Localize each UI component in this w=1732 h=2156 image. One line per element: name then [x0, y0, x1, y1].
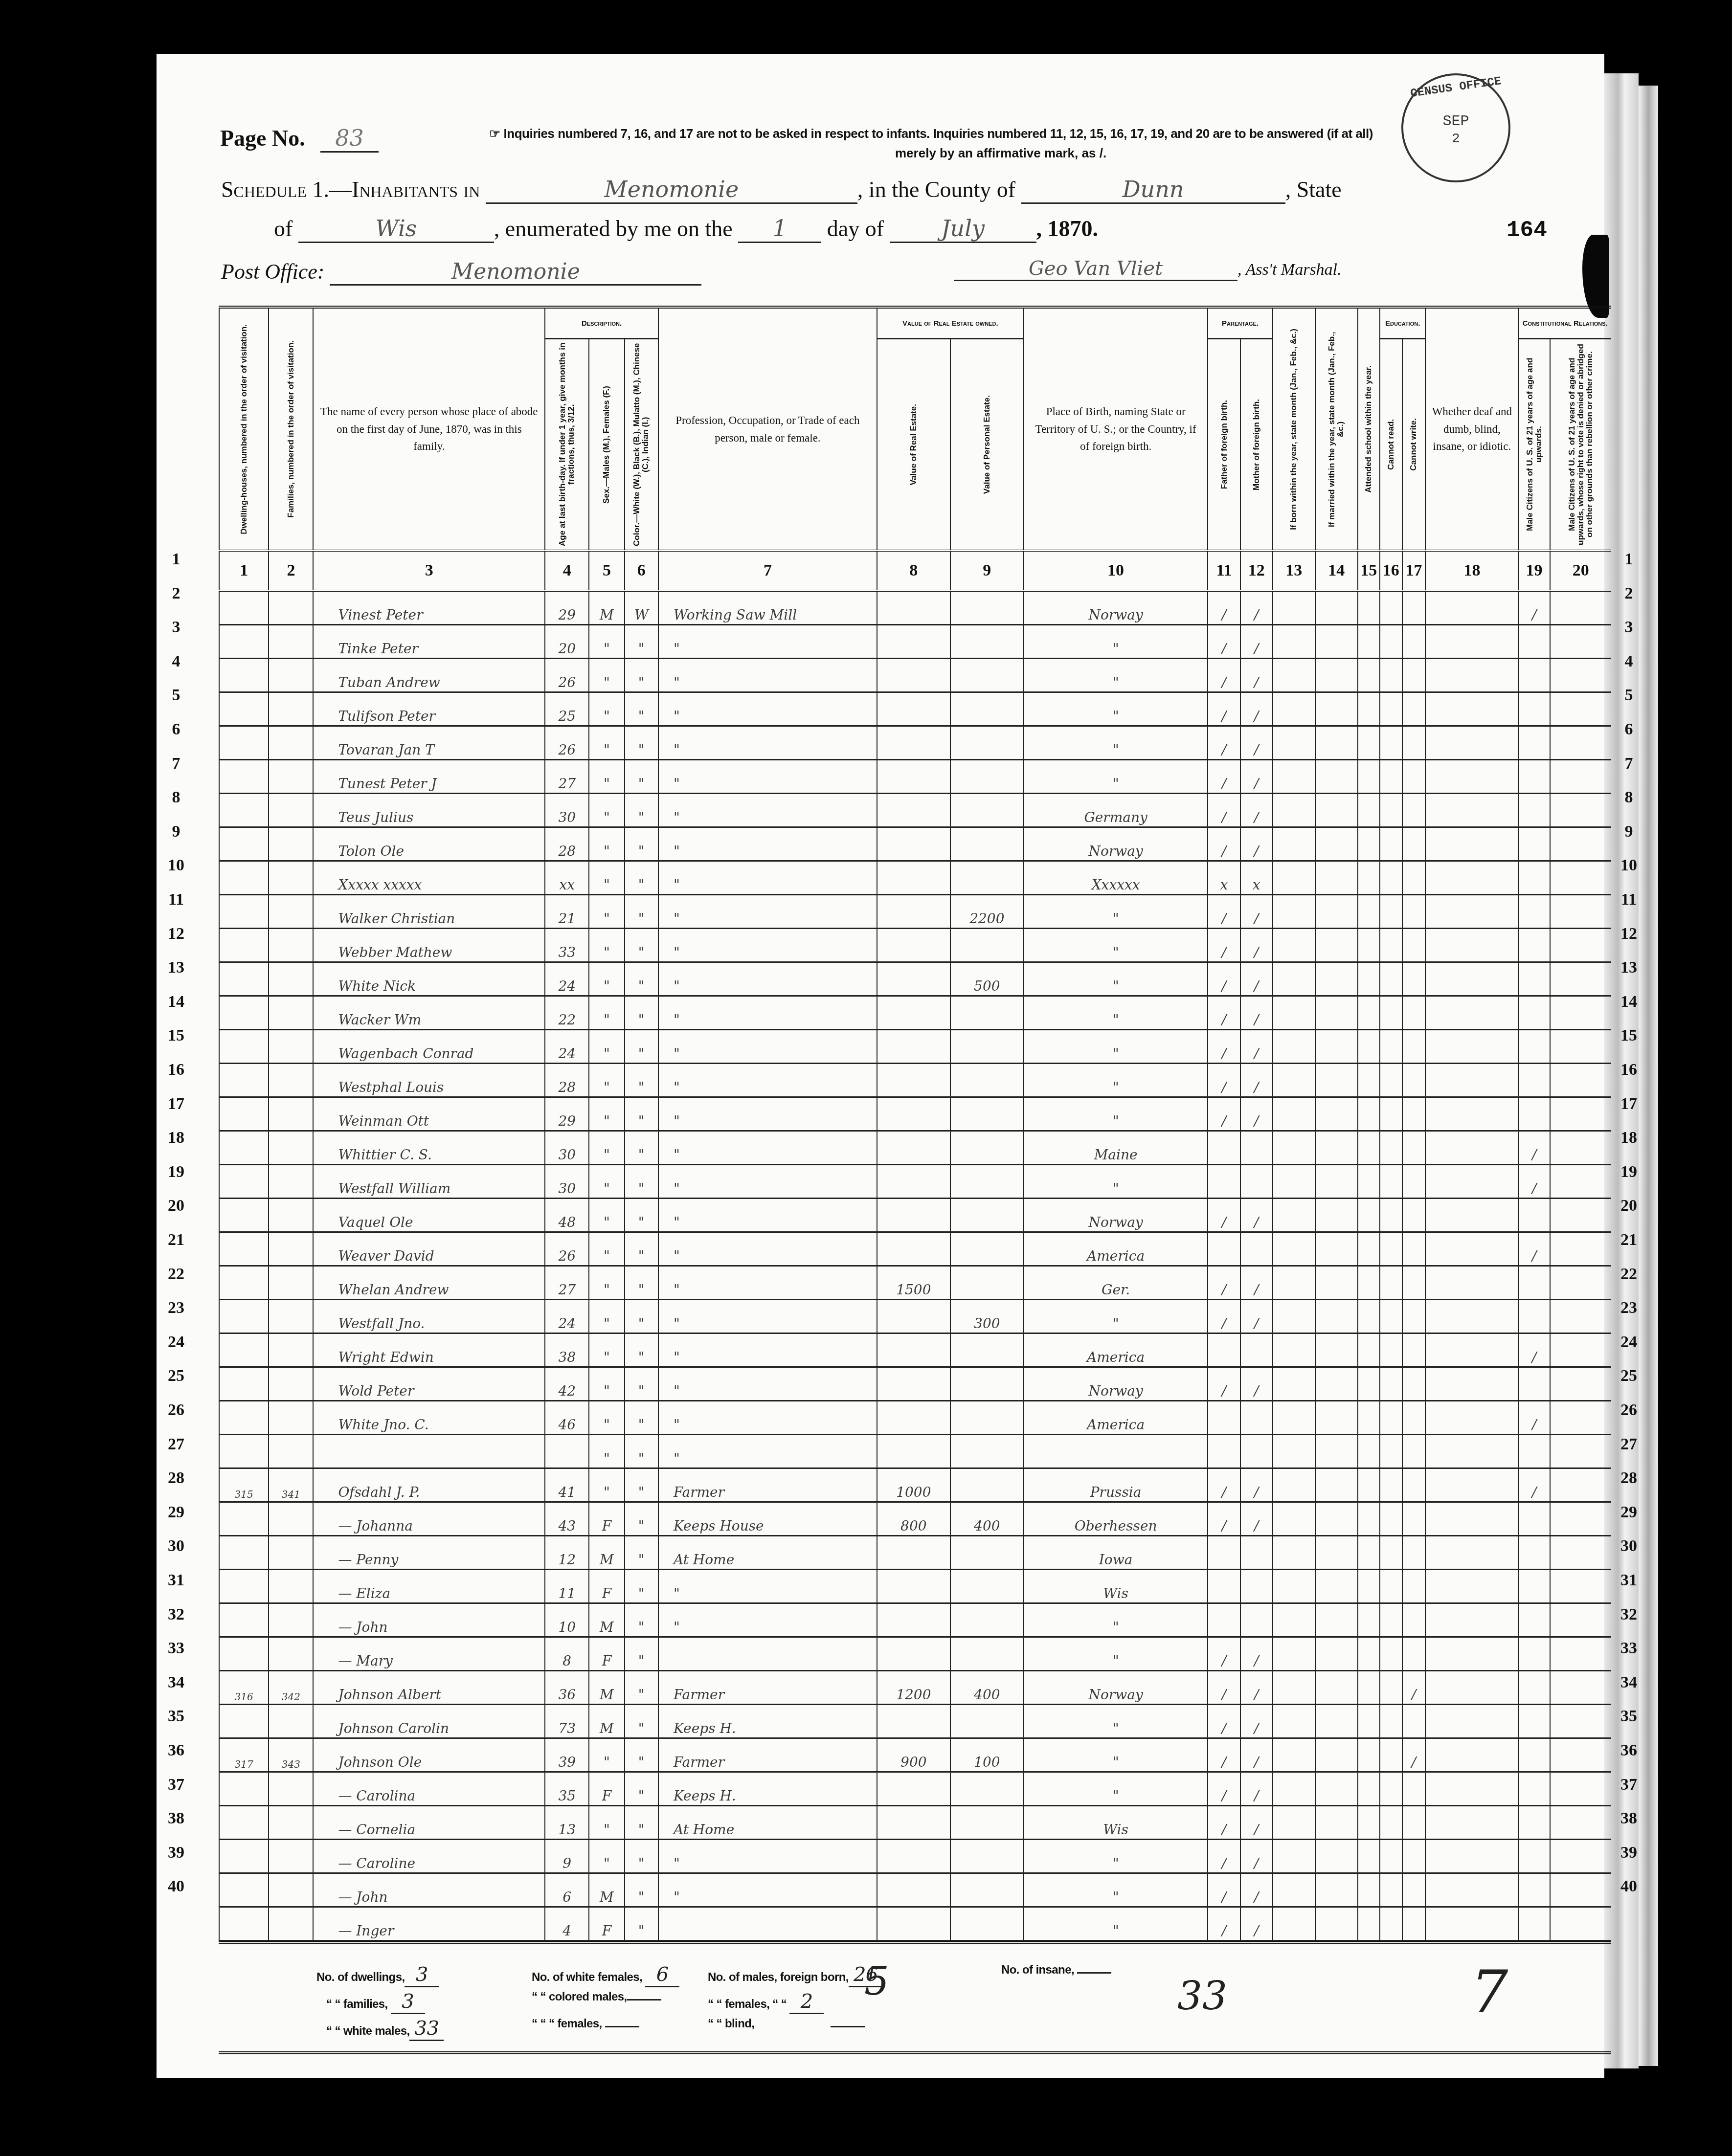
vote-denied-cell — [1550, 1603, 1611, 1637]
table-row: Wagenbach Conrad24""""// — [219, 1030, 1611, 1064]
person-name-cell: Wagenbach Conrad — [313, 1030, 545, 1064]
deaf-blind-cell — [1425, 895, 1518, 929]
vote-denied-cell — [1550, 1907, 1611, 1941]
personal-estate-value-cell — [950, 1772, 1024, 1806]
cannot-write-cell — [1402, 1705, 1426, 1738]
column-number: 19 — [1519, 551, 1550, 591]
birthplace-cell: Wis — [1024, 1570, 1208, 1603]
real-estate-value-cell: 1200 — [877, 1671, 950, 1705]
cannot-read-cell — [1380, 794, 1402, 827]
age-cell: 21 — [545, 895, 589, 929]
real-estate-value-cell — [877, 1907, 950, 1941]
vote-denied-cell — [1550, 1468, 1611, 1502]
deaf-blind-cell — [1425, 1772, 1518, 1806]
line-number-left: 10 — [161, 856, 191, 875]
occupation-cell: " — [658, 1300, 877, 1334]
color-cell: " — [625, 1502, 658, 1536]
mother-foreign-cell: / — [1240, 625, 1273, 659]
personal-estate-value-cell — [950, 1401, 1024, 1435]
mother-foreign-cell: / — [1240, 1097, 1273, 1131]
vote-denied-cell — [1550, 1232, 1611, 1266]
line-number-left: 23 — [161, 1299, 191, 1317]
col-header-birthplace: Place of Birth, naming State or Territor… — [1024, 309, 1208, 551]
citizen-mark-cell — [1519, 895, 1550, 929]
column-number: 3 — [313, 551, 545, 591]
father-foreign-cell: / — [1208, 1840, 1240, 1873]
dwelling-number-cell — [219, 1064, 269, 1097]
sex-cell: M — [589, 1705, 624, 1738]
table-row: Wold Peter42"""Norway// — [219, 1367, 1611, 1401]
personal-estate-value-cell — [950, 929, 1024, 962]
vote-denied-cell — [1550, 929, 1611, 962]
real-estate-value-cell — [877, 692, 950, 726]
col-header-sex: Sex.—Males (M.), Females (F.) — [589, 339, 624, 551]
line-number-right: 15 — [1614, 1026, 1643, 1045]
real-estate-value-cell — [877, 1232, 950, 1266]
column-number: 7 — [658, 551, 877, 591]
person-name-cell: Tovaran Jan T — [313, 726, 545, 760]
cannot-write-cell: / — [1402, 1738, 1426, 1772]
personal-estate-value-cell — [950, 1435, 1024, 1468]
mother-foreign-cell: / — [1240, 1502, 1273, 1536]
born-within-year-cell — [1273, 1705, 1315, 1738]
occupation-cell: " — [658, 1064, 877, 1097]
deaf-blind-cell — [1425, 962, 1518, 996]
person-name-cell: Johnson Albert — [313, 1671, 545, 1705]
age-cell: 26 — [545, 726, 589, 760]
deaf-blind-cell — [1425, 1232, 1518, 1266]
occupation-cell: " — [658, 827, 877, 861]
family-number-cell — [269, 1097, 313, 1131]
married-within-year-cell — [1315, 996, 1358, 1030]
deaf-blind-cell — [1425, 1705, 1518, 1738]
occupation-cell: " — [658, 861, 877, 895]
vote-denied-cell — [1550, 1097, 1611, 1131]
line-number-right: 21 — [1614, 1231, 1643, 1249]
occupation-cell: " — [658, 1165, 877, 1199]
dwelling-number-cell — [219, 1536, 269, 1570]
birthplace-cell: America — [1024, 1401, 1208, 1435]
cannot-read-cell — [1380, 625, 1402, 659]
vote-denied-cell — [1550, 1367, 1611, 1401]
color-cell: " — [625, 962, 658, 996]
vote-denied-cell — [1550, 1165, 1611, 1199]
line-number-right: 37 — [1614, 1776, 1643, 1794]
vote-denied-cell — [1550, 1806, 1611, 1840]
column-number: 6 — [625, 551, 658, 591]
born-within-year-cell — [1273, 1165, 1315, 1199]
line-number-right: 1 — [1614, 550, 1643, 569]
real-estate-value-cell — [877, 625, 950, 659]
col-header-cannot-write: Cannot write. — [1402, 339, 1426, 551]
cannot-write-cell — [1402, 591, 1426, 625]
deaf-blind-cell — [1425, 1030, 1518, 1064]
summary-dwellings: No. of dwellings,3 — [316, 1963, 439, 1987]
table-row: Tuban Andrew26""""// — [219, 659, 1611, 692]
line-number-right: 2 — [1614, 584, 1643, 603]
color-cell: " — [625, 1131, 658, 1165]
sex-cell: " — [589, 794, 624, 827]
citizen-mark-cell — [1519, 1705, 1550, 1738]
personal-estate-value-cell — [950, 1165, 1024, 1199]
line-number-left: 11 — [161, 890, 191, 909]
column-number-row: 1234567891011121314151617181920 — [219, 551, 1611, 591]
real-estate-value-cell — [877, 1705, 950, 1738]
column-number: 13 — [1273, 551, 1315, 591]
line-number-right: 33 — [1614, 1639, 1643, 1658]
line-number-left: 36 — [161, 1741, 191, 1760]
citizen-mark-cell — [1519, 996, 1550, 1030]
line-number-right: 28 — [1614, 1469, 1643, 1488]
line-number-right: 11 — [1614, 890, 1643, 909]
attended-school-cell — [1358, 1064, 1380, 1097]
line-number-left: 3 — [161, 618, 191, 637]
age-cell: xx — [545, 861, 589, 895]
sex-cell: " — [589, 895, 624, 929]
deaf-blind-cell — [1425, 1468, 1518, 1502]
line-number-left: 38 — [161, 1809, 191, 1828]
age-cell: 24 — [545, 1030, 589, 1064]
vote-denied-cell — [1550, 591, 1611, 625]
cannot-write-cell — [1402, 1401, 1426, 1435]
col-header-personal-estate: Value of Personal Estate. — [950, 339, 1024, 551]
person-name-cell: Tolon Ole — [313, 827, 545, 861]
birthplace-cell: America — [1024, 1232, 1208, 1266]
table-row: 315341Ofsdahl J. P.41""Farmer1000Prussia… — [219, 1468, 1611, 1502]
father-foreign-cell: / — [1208, 760, 1240, 794]
dwelling-number-cell — [219, 625, 269, 659]
sex-cell: " — [589, 1064, 624, 1097]
married-within-year-cell — [1315, 895, 1358, 929]
born-within-year-cell — [1273, 1772, 1315, 1806]
column-number: 15 — [1358, 551, 1380, 591]
vote-denied-cell — [1550, 1435, 1611, 1468]
line-number-left: 19 — [161, 1163, 191, 1181]
color-cell: " — [625, 1738, 658, 1772]
citizen-mark-cell: / — [1519, 1165, 1550, 1199]
column-number: 14 — [1315, 551, 1358, 591]
mother-foreign-cell: / — [1240, 1064, 1273, 1097]
father-foreign-cell: / — [1208, 1199, 1240, 1232]
sex-cell: " — [589, 1738, 624, 1772]
birthplace-cell: " — [1024, 1738, 1208, 1772]
person-name-cell: — Inger — [313, 1907, 545, 1941]
personal-estate-value-cell — [950, 1367, 1024, 1401]
cannot-read-cell — [1380, 1738, 1402, 1772]
vote-denied-cell — [1550, 1637, 1611, 1671]
mother-foreign-cell: / — [1240, 1738, 1273, 1772]
family-number-cell — [269, 1840, 313, 1873]
dwelling-number-cell — [219, 1334, 269, 1367]
cannot-write-cell — [1402, 1806, 1426, 1840]
occupation-cell: " — [658, 1873, 877, 1907]
birthplace-cell: Norway — [1024, 591, 1208, 625]
personal-estate-value-cell — [950, 692, 1024, 726]
sex-cell: " — [589, 1232, 624, 1266]
mother-foreign-cell: / — [1240, 929, 1273, 962]
personal-estate-value-cell — [950, 1199, 1024, 1232]
occupation-cell: " — [658, 726, 877, 760]
person-name-cell: Teus Julius — [313, 794, 545, 827]
marshal-signature: Geo Van Vliet — [954, 257, 1237, 281]
deaf-blind-cell — [1425, 1806, 1518, 1840]
father-foreign-cell: / — [1208, 1064, 1240, 1097]
cannot-write-cell — [1402, 861, 1426, 895]
born-within-year-cell — [1273, 895, 1315, 929]
table-row: Johnson Carolin73M"Keeps H."// — [219, 1705, 1611, 1738]
color-cell: " — [625, 1536, 658, 1570]
citizen-mark-cell: / — [1519, 1468, 1550, 1502]
cannot-read-cell — [1380, 1334, 1402, 1367]
color-cell: " — [625, 996, 658, 1030]
table-row: Tolon Ole28"""Norway// — [219, 827, 1611, 861]
married-within-year-cell — [1315, 1401, 1358, 1435]
birthplace-cell: Germany — [1024, 794, 1208, 827]
married-within-year-cell — [1315, 1705, 1358, 1738]
color-cell: " — [625, 1671, 658, 1705]
vote-denied-cell — [1550, 1840, 1611, 1873]
line-number-left: 30 — [161, 1537, 191, 1556]
dwelling-number-cell — [219, 1199, 269, 1232]
dwelling-number-cell — [219, 1266, 269, 1300]
person-name-cell: Ofsdahl J. P. — [313, 1468, 545, 1502]
father-foreign-cell — [1208, 1570, 1240, 1603]
birthplace-cell: America — [1024, 1334, 1208, 1367]
tally-real-estate: 5 — [864, 1958, 889, 2004]
deaf-blind-cell — [1425, 1840, 1518, 1873]
cannot-read-cell — [1380, 1266, 1402, 1300]
table-row: — Mary8F""// — [219, 1637, 1611, 1671]
birthplace-cell: Norway — [1024, 1199, 1208, 1232]
group-header-education: Education. — [1380, 309, 1425, 339]
line-number-left: 16 — [161, 1061, 191, 1079]
person-name-cell: — Caroline — [313, 1840, 545, 1873]
birthplace-cell: Oberhessen — [1024, 1502, 1208, 1536]
father-foreign-cell — [1208, 1165, 1240, 1199]
occupation-cell: " — [658, 1401, 877, 1435]
married-within-year-cell — [1315, 692, 1358, 726]
age-cell: 6 — [545, 1873, 589, 1907]
person-name-cell: Vinest Peter — [313, 591, 545, 625]
real-estate-value-cell — [877, 1199, 950, 1232]
father-foreign-cell — [1208, 1435, 1240, 1468]
born-within-year-cell — [1273, 1603, 1315, 1637]
attended-school-cell — [1358, 1300, 1380, 1334]
personal-estate-value-cell — [950, 1907, 1024, 1941]
mother-foreign-cell — [1240, 1570, 1273, 1603]
citizen-mark-cell — [1519, 659, 1550, 692]
occupation-cell: " — [658, 1334, 877, 1367]
cannot-write-cell — [1402, 692, 1426, 726]
col-header-deaf-blind: Whether deaf and dumb, blind, insane, or… — [1425, 309, 1518, 551]
attended-school-cell — [1358, 692, 1380, 726]
real-estate-value-cell — [877, 1334, 950, 1367]
line-number-right: 25 — [1614, 1367, 1643, 1385]
dwelling-number-cell — [219, 1030, 269, 1064]
born-within-year-cell — [1273, 1401, 1315, 1435]
personal-estate-value-cell — [950, 1570, 1024, 1603]
color-cell: " — [625, 1907, 658, 1941]
real-estate-value-cell — [877, 591, 950, 625]
sex-cell: " — [589, 827, 624, 861]
mother-foreign-cell — [1240, 1603, 1273, 1637]
vote-denied-cell — [1550, 895, 1611, 929]
line-number-right: 12 — [1614, 925, 1643, 943]
deaf-blind-cell — [1425, 996, 1518, 1030]
real-estate-value-cell — [877, 1536, 950, 1570]
color-cell: " — [625, 1840, 658, 1873]
occupation-cell: " — [658, 996, 877, 1030]
personal-estate-value-cell: 2200 — [950, 895, 1024, 929]
line-number-right: 3 — [1614, 618, 1643, 637]
cannot-write-cell — [1402, 726, 1426, 760]
married-within-year-cell — [1315, 659, 1358, 692]
family-number-cell — [269, 895, 313, 929]
dwelling-number-cell: 315 — [219, 1468, 269, 1502]
line-number-left: 29 — [161, 1503, 191, 1522]
person-name-cell: — John — [313, 1873, 545, 1907]
citizen-mark-cell — [1519, 1907, 1550, 1941]
personal-estate-value-cell — [950, 659, 1024, 692]
married-within-year-cell — [1315, 1468, 1358, 1502]
line-number-right: 23 — [1614, 1299, 1643, 1317]
real-estate-value-cell: 1500 — [877, 1266, 950, 1300]
born-within-year-cell — [1273, 1030, 1315, 1064]
person-name-cell: Walker Christian — [313, 895, 545, 929]
deaf-blind-cell — [1425, 1873, 1518, 1907]
birthplace-cell: " — [1024, 1637, 1208, 1671]
table-row: Westphal Louis28""""// — [219, 1064, 1611, 1097]
cannot-read-cell — [1380, 827, 1402, 861]
cannot-read-cell — [1380, 1165, 1402, 1199]
mother-foreign-cell: / — [1240, 1030, 1273, 1064]
cannot-read-cell — [1380, 1570, 1402, 1603]
age-cell — [545, 1435, 589, 1468]
attended-school-cell — [1358, 1806, 1380, 1840]
real-estate-value-cell — [877, 1064, 950, 1097]
personal-estate-value-cell — [950, 1131, 1024, 1165]
color-cell: " — [625, 625, 658, 659]
born-within-year-cell — [1273, 827, 1315, 861]
cannot-read-cell — [1380, 962, 1402, 996]
age-cell: 4 — [545, 1907, 589, 1941]
family-number-cell — [269, 1165, 313, 1199]
summary-white-males: “ “ white males,33 — [326, 2017, 444, 2041]
occupation-cell: " — [658, 929, 877, 962]
born-within-year-cell — [1273, 1806, 1315, 1840]
sex-cell: " — [589, 1030, 624, 1064]
sex-cell: " — [589, 1401, 624, 1435]
personal-estate-value-cell — [950, 1603, 1024, 1637]
deaf-blind-cell — [1425, 1603, 1518, 1637]
birthplace-cell: " — [1024, 1097, 1208, 1131]
married-within-year-cell — [1315, 1637, 1358, 1671]
personal-estate-value-cell — [950, 827, 1024, 861]
line-number-right: 8 — [1614, 788, 1643, 807]
cannot-write-cell: / — [1402, 1671, 1426, 1705]
occupation-cell: Keeps H. — [658, 1772, 877, 1806]
father-foreign-cell: / — [1208, 692, 1240, 726]
table-row: — John6M"""// — [219, 1873, 1611, 1907]
line-number-left: 1 — [161, 550, 191, 569]
person-name-cell: — Johanna — [313, 1502, 545, 1536]
family-number-cell — [269, 591, 313, 625]
deaf-blind-cell — [1425, 827, 1518, 861]
born-within-year-cell — [1273, 1199, 1315, 1232]
attended-school-cell — [1358, 1131, 1380, 1165]
occupation-cell: " — [658, 1232, 877, 1266]
summary-blind: “ “ blind, — [708, 2017, 865, 2031]
cannot-read-cell — [1380, 1131, 1402, 1165]
citizen-mark-cell — [1519, 1873, 1550, 1907]
born-within-year-cell — [1273, 1502, 1315, 1536]
attended-school-cell — [1358, 1367, 1380, 1401]
sex-cell: " — [589, 1165, 624, 1199]
deaf-blind-cell — [1425, 1435, 1518, 1468]
deaf-blind-cell — [1425, 1097, 1518, 1131]
mother-foreign-cell — [1240, 1131, 1273, 1165]
father-foreign-cell: / — [1208, 1502, 1240, 1536]
age-cell: 43 — [545, 1502, 589, 1536]
birthplace-cell: " — [1024, 1030, 1208, 1064]
color-cell: " — [625, 1030, 658, 1064]
table-row: Weaver David26"""America/ — [219, 1232, 1611, 1266]
deaf-blind-cell — [1425, 659, 1518, 692]
born-within-year-cell — [1273, 1064, 1315, 1097]
father-foreign-cell: / — [1208, 726, 1240, 760]
married-within-year-cell — [1315, 1266, 1358, 1300]
day-field: 1 — [738, 215, 821, 243]
occupation-cell: " — [658, 692, 877, 726]
attended-school-cell — [1358, 1603, 1380, 1637]
citizen-mark-cell — [1519, 827, 1550, 861]
cannot-write-cell — [1402, 1873, 1426, 1907]
attended-school-cell — [1358, 996, 1380, 1030]
cannot-read-cell — [1380, 1772, 1402, 1806]
attended-school-cell — [1358, 827, 1380, 861]
father-foreign-cell — [1208, 1131, 1240, 1165]
line-number-left: 20 — [161, 1197, 191, 1215]
married-within-year-cell — [1315, 1502, 1358, 1536]
deaf-blind-cell — [1425, 760, 1518, 794]
vote-denied-cell — [1550, 1401, 1611, 1435]
attended-school-cell — [1358, 1030, 1380, 1064]
mother-foreign-cell: / — [1240, 1300, 1273, 1334]
family-number-cell — [269, 827, 313, 861]
vote-denied-cell — [1550, 692, 1611, 726]
age-cell: 20 — [545, 625, 589, 659]
attended-school-cell — [1358, 1570, 1380, 1603]
real-estate-value-cell — [877, 760, 950, 794]
vote-denied-cell — [1550, 1131, 1611, 1165]
line-number-right: 17 — [1614, 1095, 1643, 1113]
person-name-cell: Westfall Jno. — [313, 1300, 545, 1334]
family-number-cell — [269, 962, 313, 996]
col-header-father-foreign: Father of foreign birth. — [1208, 339, 1240, 551]
citizen-mark-cell — [1519, 1637, 1550, 1671]
line-number-left: 15 — [161, 1026, 191, 1045]
attended-school-cell — [1358, 659, 1380, 692]
personal-estate-value-cell — [950, 1840, 1024, 1873]
attended-school-cell — [1358, 1705, 1380, 1738]
cannot-read-cell — [1380, 1367, 1402, 1401]
real-estate-value-cell — [877, 1806, 950, 1840]
age-cell: 35 — [545, 1772, 589, 1806]
column-number: 9 — [950, 551, 1024, 591]
sex-cell: M — [589, 591, 624, 625]
family-number-cell — [269, 1232, 313, 1266]
birthplace-cell: " — [1024, 625, 1208, 659]
